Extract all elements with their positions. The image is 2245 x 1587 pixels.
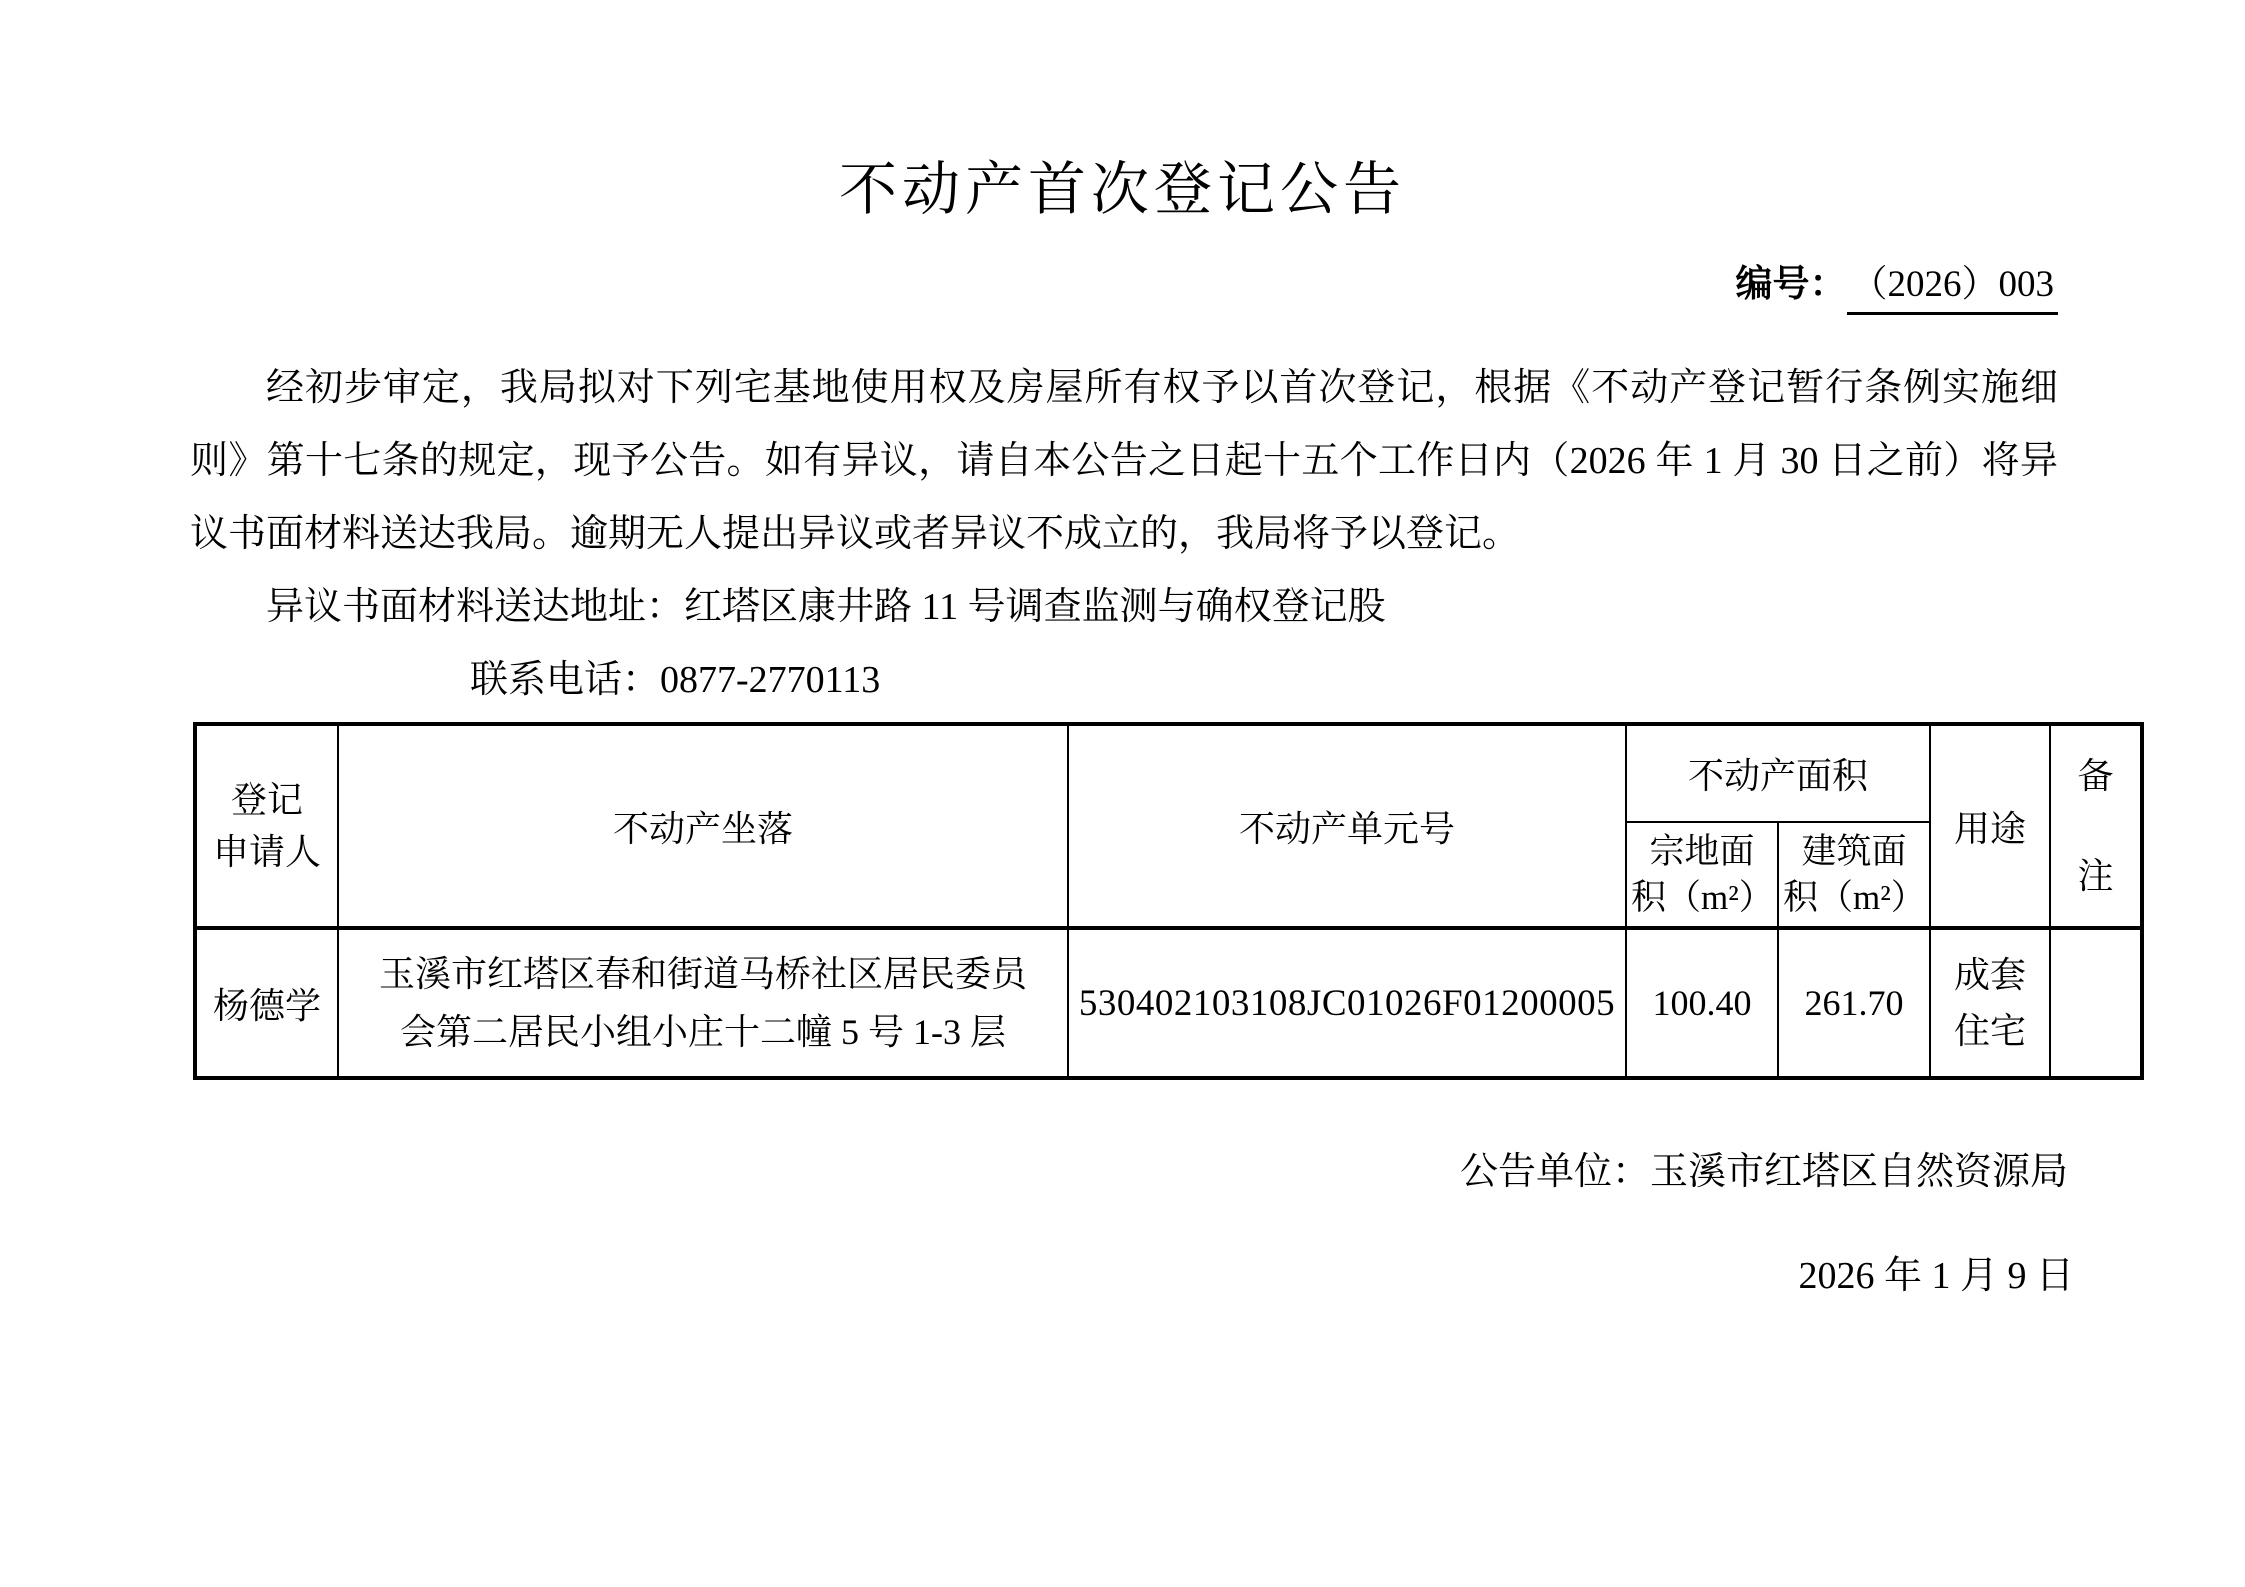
objection-address-line: 异议书面材料送达地址：红塔区康井路 11 号调查监测与确权登记股	[190, 571, 2058, 644]
col-header-remark-line1: 备	[2055, 726, 2136, 826]
date-line: 2026 年 1 月 9 日	[190, 1252, 2074, 1300]
cell-location-line2: 会第二居民小组小庄十二幢 5 号 1-3 层	[343, 1003, 1063, 1061]
cell-location-line1: 玉溪市红塔区春和街道马桥社区居民委员	[343, 945, 1063, 1003]
doc-number-label: 编号：	[1736, 263, 1847, 304]
col-header-remark: 备 注	[2050, 724, 2142, 928]
cell-usage-line1: 成套	[1935, 947, 2045, 1003]
table-header-row-1: 登记 申请人 不动产坐落 不动产单元号 不动产面积 用途 备 注	[195, 724, 2142, 822]
col-header-location: 不动产坐落	[338, 724, 1068, 928]
col-header-building-area-line2: 积（m²）	[1783, 875, 1925, 921]
col-header-building-area-line1: 建筑面	[1783, 829, 1925, 875]
col-header-remark-line2: 注	[2055, 826, 2136, 926]
doc-number-value: （2026）003	[1847, 261, 2059, 315]
announcement-body: 经初步审定，我局拟对下列宅基地使用权及房屋所有权予以首次登记，根据《不动产登记暂…	[190, 352, 2058, 717]
cell-applicant: 杨德学	[195, 928, 338, 1078]
cell-parcel-area: 100.40	[1626, 928, 1778, 1078]
col-header-parcel-area-line1: 宗地面	[1631, 829, 1773, 875]
col-header-area-group: 不动产面积	[1626, 724, 1930, 822]
col-header-parcel-area: 宗地面 积（m²）	[1626, 822, 1778, 928]
col-header-unit-number: 不动产单元号	[1068, 724, 1626, 928]
doc-number-line: 编号：（2026）003	[190, 260, 2058, 315]
col-header-parcel-area-line2: 积（m²）	[1631, 875, 1773, 921]
announcement-paragraph: 经初步审定，我局拟对下列宅基地使用权及房屋所有权予以首次登记，根据《不动产登记暂…	[190, 352, 2058, 571]
issuer-line: 公告单位：玉溪市红塔区自然资源局	[190, 1148, 2068, 1196]
table-data-row: 杨德学 玉溪市红塔区春和街道马桥社区居民委员 会第二居民小组小庄十二幢 5 号 …	[195, 928, 2142, 1078]
col-header-usage: 用途	[1930, 724, 2050, 928]
contact-phone-line: 联系电话：0877-2770113	[190, 644, 2058, 717]
page-title: 不动产首次登记公告	[0, 142, 2245, 226]
col-header-applicant-line1: 登记	[201, 774, 333, 826]
cell-usage: 成套 住宅	[1930, 928, 2050, 1078]
cell-building-area: 261.70	[1778, 928, 1930, 1078]
col-header-building-area: 建筑面 积（m²）	[1778, 822, 1930, 928]
cell-location: 玉溪市红塔区春和街道马桥社区居民委员 会第二居民小组小庄十二幢 5 号 1-3 …	[338, 928, 1068, 1078]
document-page: 不动产首次登记公告 编号：（2026）003 经初步审定，我局拟对下列宅基地使用…	[0, 0, 2245, 1587]
cell-usage-line2: 住宅	[1935, 1003, 2045, 1059]
col-header-applicant-line2: 申请人	[201, 826, 333, 878]
cell-unit-number: 530402103108JC01026F01200005	[1068, 928, 1626, 1078]
cell-remark	[2050, 928, 2142, 1078]
registration-table: 登记 申请人 不动产坐落 不动产单元号 不动产面积 用途 备 注 宗地面 积（m…	[193, 722, 2144, 1080]
col-header-applicant: 登记 申请人	[195, 724, 338, 928]
